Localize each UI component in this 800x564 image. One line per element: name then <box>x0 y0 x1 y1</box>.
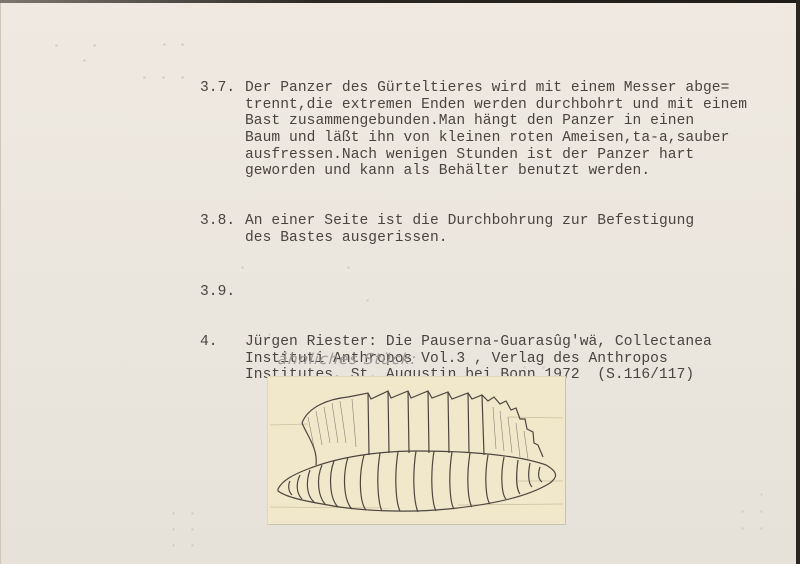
entry-number: 4. <box>200 334 245 384</box>
embossed-dot <box>191 528 194 531</box>
embossed-dot <box>143 76 146 79</box>
embossed-dot <box>741 510 744 513</box>
embossed-dot <box>172 512 175 515</box>
embossed-dot <box>83 59 86 62</box>
embossed-dot <box>93 44 96 47</box>
entry-number: 3.7. <box>200 80 245 180</box>
scan-right-edge <box>796 0 800 564</box>
text-line: An einer Seite ist die Durchbohrung zur … <box>245 213 694 230</box>
text-line: des Bastes ausgerissen. <box>245 230 694 247</box>
embossed-dot <box>760 510 763 513</box>
embossed-dot <box>760 527 763 530</box>
entry-number: 3.9. <box>200 284 245 301</box>
entry-3-7: 3.7. Der Panzer des Gürteltieres wird mi… <box>200 80 747 180</box>
embossed-dot <box>741 527 744 530</box>
handwritten-note: ähnliches Stück: <box>277 350 418 368</box>
entry-number: 3.8. <box>200 213 245 246</box>
embossed-dot <box>191 512 194 515</box>
text-line: Der Panzer des Gürteltieres wird mit ein… <box>245 80 747 97</box>
embossed-dot <box>162 76 165 79</box>
embossed-dot <box>55 44 58 47</box>
armadillo-shell-drawing-icon <box>268 377 565 524</box>
embossed-dot <box>181 43 184 46</box>
embossed-dot <box>172 544 175 547</box>
entry-3-8: 3.8. An einer Seite ist die Durchbohrung… <box>200 213 747 246</box>
text-line: Bast zusammengebunden.Man hängt den Panz… <box>245 113 747 130</box>
embossed-dot <box>191 544 194 547</box>
pasted-illustration <box>268 377 565 524</box>
text-line: trennt,die extremen Enden werden durchbo… <box>245 97 747 114</box>
embossed-dot <box>760 493 763 496</box>
text-line: Jürgen Riester: Die Pauserna-Guarasûg'wä… <box>245 334 712 351</box>
text-line: geworden und kann als Behälter benutzt w… <box>245 163 747 180</box>
text-line: Baum und läßt ihn von kleinen roten Amei… <box>245 130 747 147</box>
embossed-dot <box>163 43 166 46</box>
text-line: ausfressen.Nach wenigen Stunden ist der … <box>245 147 747 164</box>
embossed-dot <box>181 76 184 79</box>
embossed-dot <box>172 528 175 531</box>
catalogue-card: 3.7. Der Panzer des Gürteltieres wird mi… <box>0 3 798 564</box>
entry-3-9: 3.9. <box>200 284 747 301</box>
